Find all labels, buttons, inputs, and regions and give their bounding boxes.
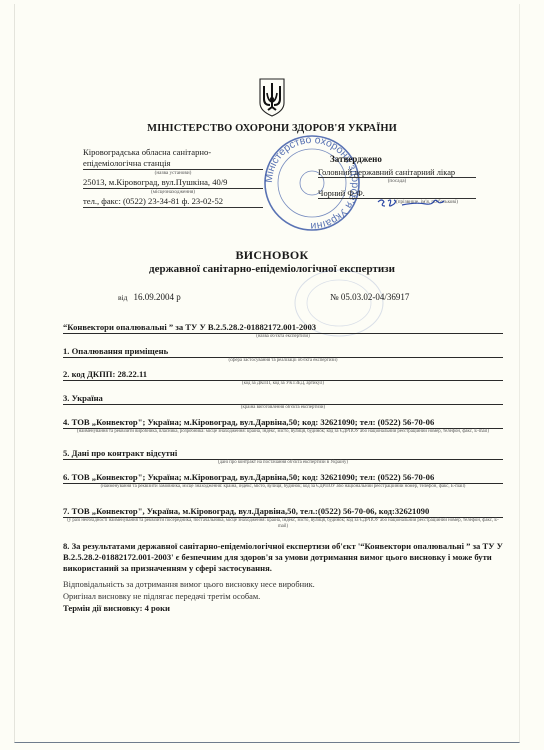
date-value: 16.09.2004 р (133, 292, 180, 302)
institution-name-caption: (назва установи) (83, 170, 263, 177)
document-number: № 05.03.02-04/36917 (330, 292, 409, 302)
field-manufacturer: 4. ТОВ „Конвектор"; Україна; м.Кіровогра… (63, 417, 503, 429)
institution-name-line1: Кіровоградська обласна санітарно- (83, 147, 263, 158)
field-object-name: “Конвектори опалювальні ” за ТУ У В.2.5.… (63, 322, 503, 334)
institution-block: Кіровоградська обласна санітарно- епідем… (83, 147, 263, 208)
field-caption: (сфера застосування та реалізації об'єкт… (63, 358, 503, 364)
document-subtitle: державної санітарно-епідеміологічної екс… (0, 263, 544, 275)
signature-icon (376, 196, 446, 210)
document-date: від16.09.2004 р (118, 292, 181, 302)
conclusion-paragraph: 8. За результатами державної санітарно-е… (63, 541, 509, 574)
trident-emblem-icon (257, 77, 287, 117)
field-caption: (найменування та реквізити замовника, мі… (63, 484, 503, 490)
field-caption: (найменування та реквізити виробника, вл… (63, 429, 503, 435)
institution-phone: тел., факс: (0522) 23-34-81 ф. 23-02-52 (83, 196, 263, 208)
institution-address: 25013, м.Кіровоград, вул.Пушкіна, 40/9 (83, 177, 263, 189)
field-customer: 6. ТОВ „Конвектор"; Україна; м.Кіровогра… (63, 472, 503, 484)
institution-name-line2: епідеміологічна станція (83, 158, 263, 170)
date-label: від (118, 293, 127, 302)
field-caption: (назва об'єкта експертизи) (63, 334, 503, 340)
field-intermediary: 7. ТОВ „Конвектор", Україна, м.Кіровогра… (63, 506, 503, 518)
original-note: Оригінал висновку не підлягає передачі т… (63, 592, 503, 601)
field-dkpp-code: 2. код ДКПП: 28.22.11 (63, 369, 503, 381)
field-caption: (дані про контракт на постачання об'єкта… (63, 460, 503, 466)
field-caption: (код за ДКПП, код за УКТЗЕД, артикул) (63, 381, 503, 387)
field-contract: 5. Дані про контракт відсутні (63, 448, 503, 460)
institution-address-caption: (місцезнаходження) (83, 189, 263, 196)
field-application: 1. Опалювання приміщень (63, 346, 503, 358)
approval-position-caption: (посада) (318, 178, 476, 185)
field-caption: (у разі необхідності найменування та рек… (63, 518, 503, 530)
field-caption: (країна виготовлення об'єкта експертизи) (63, 405, 503, 411)
validity-term: Термін дії висновку: 4 роки (63, 603, 170, 613)
approval-position: Головний державний санітарний лікар (318, 168, 476, 178)
responsibility-note: Відповідальність за дотримання вимог цьо… (63, 580, 503, 589)
document-title: ВИСНОВОК (0, 248, 544, 263)
approved-label: Затверджено (330, 154, 382, 164)
field-country: 3. Україна (63, 393, 503, 405)
